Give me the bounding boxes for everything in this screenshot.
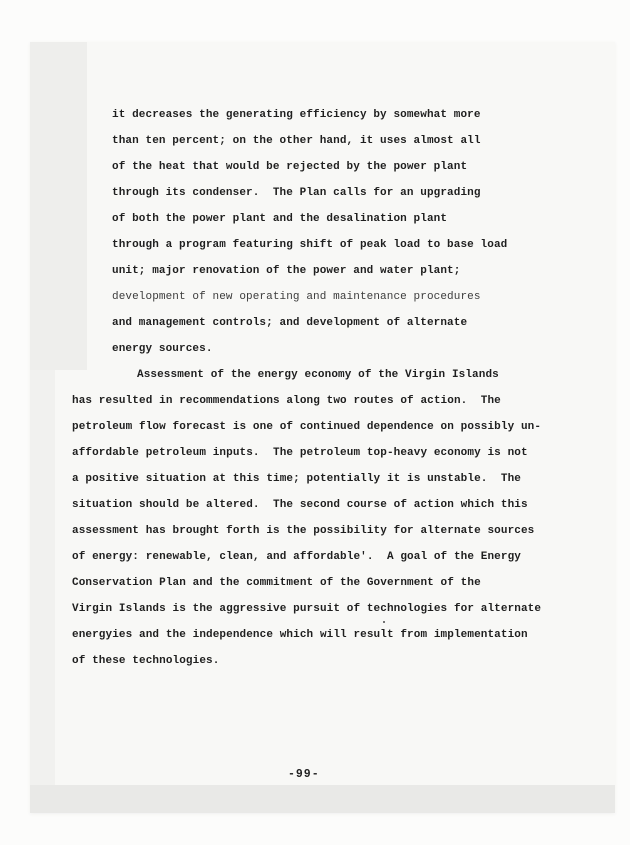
text-line: unit; major renovation of the power and … xyxy=(112,258,572,284)
text-line: a positive situation at this time; poten… xyxy=(72,466,572,492)
text-line: energy sources. xyxy=(112,336,572,362)
text-line: through its condenser. The Plan calls fo… xyxy=(112,180,572,206)
text-line: of these technologies. xyxy=(72,648,572,674)
text-line: energyies and the independence which wil… xyxy=(72,622,572,648)
text-line: it decreases the generating efficiency b… xyxy=(112,102,572,128)
text-line: and management controls; and development… xyxy=(112,310,572,336)
text-line: of energy: renewable, clean, and afforda… xyxy=(72,544,572,570)
scan-shadow-left-bottom xyxy=(30,370,55,785)
text-line: affordable petroleum inputs. The petrole… xyxy=(72,440,572,466)
text-line: Virgin Islands is the aggressive pursuit… xyxy=(72,596,572,622)
text-line: Conservation Plan and the commitment of … xyxy=(72,570,572,596)
body-text: it decreases the generating efficiency b… xyxy=(72,102,572,674)
scan-shadow-bottom-edge xyxy=(30,785,615,813)
ink-speck xyxy=(383,621,385,623)
text-line: situation should be altered. The second … xyxy=(72,492,572,518)
scanned-document-image: it decreases the generating efficiency b… xyxy=(0,0,630,845)
text-line: assessment has brought forth is the poss… xyxy=(72,518,572,544)
text-line: development of new operating and mainten… xyxy=(112,284,572,310)
scanned-page: it decreases the generating efficiency b… xyxy=(30,42,615,813)
text-line: petroleum flow forecast is one of contin… xyxy=(72,414,572,440)
text-line: of both the power plant and the desalina… xyxy=(112,206,572,232)
text-line: through a program featuring shift of pea… xyxy=(112,232,572,258)
text-line: has resulted in recommendations along tw… xyxy=(72,388,572,414)
text-line: Assessment of the energy economy of the … xyxy=(72,362,572,388)
text-line: of the heat that would be rejected by th… xyxy=(112,154,572,180)
text-line: than ten percent; on the other hand, it … xyxy=(112,128,572,154)
page-number: -99- xyxy=(288,768,320,781)
